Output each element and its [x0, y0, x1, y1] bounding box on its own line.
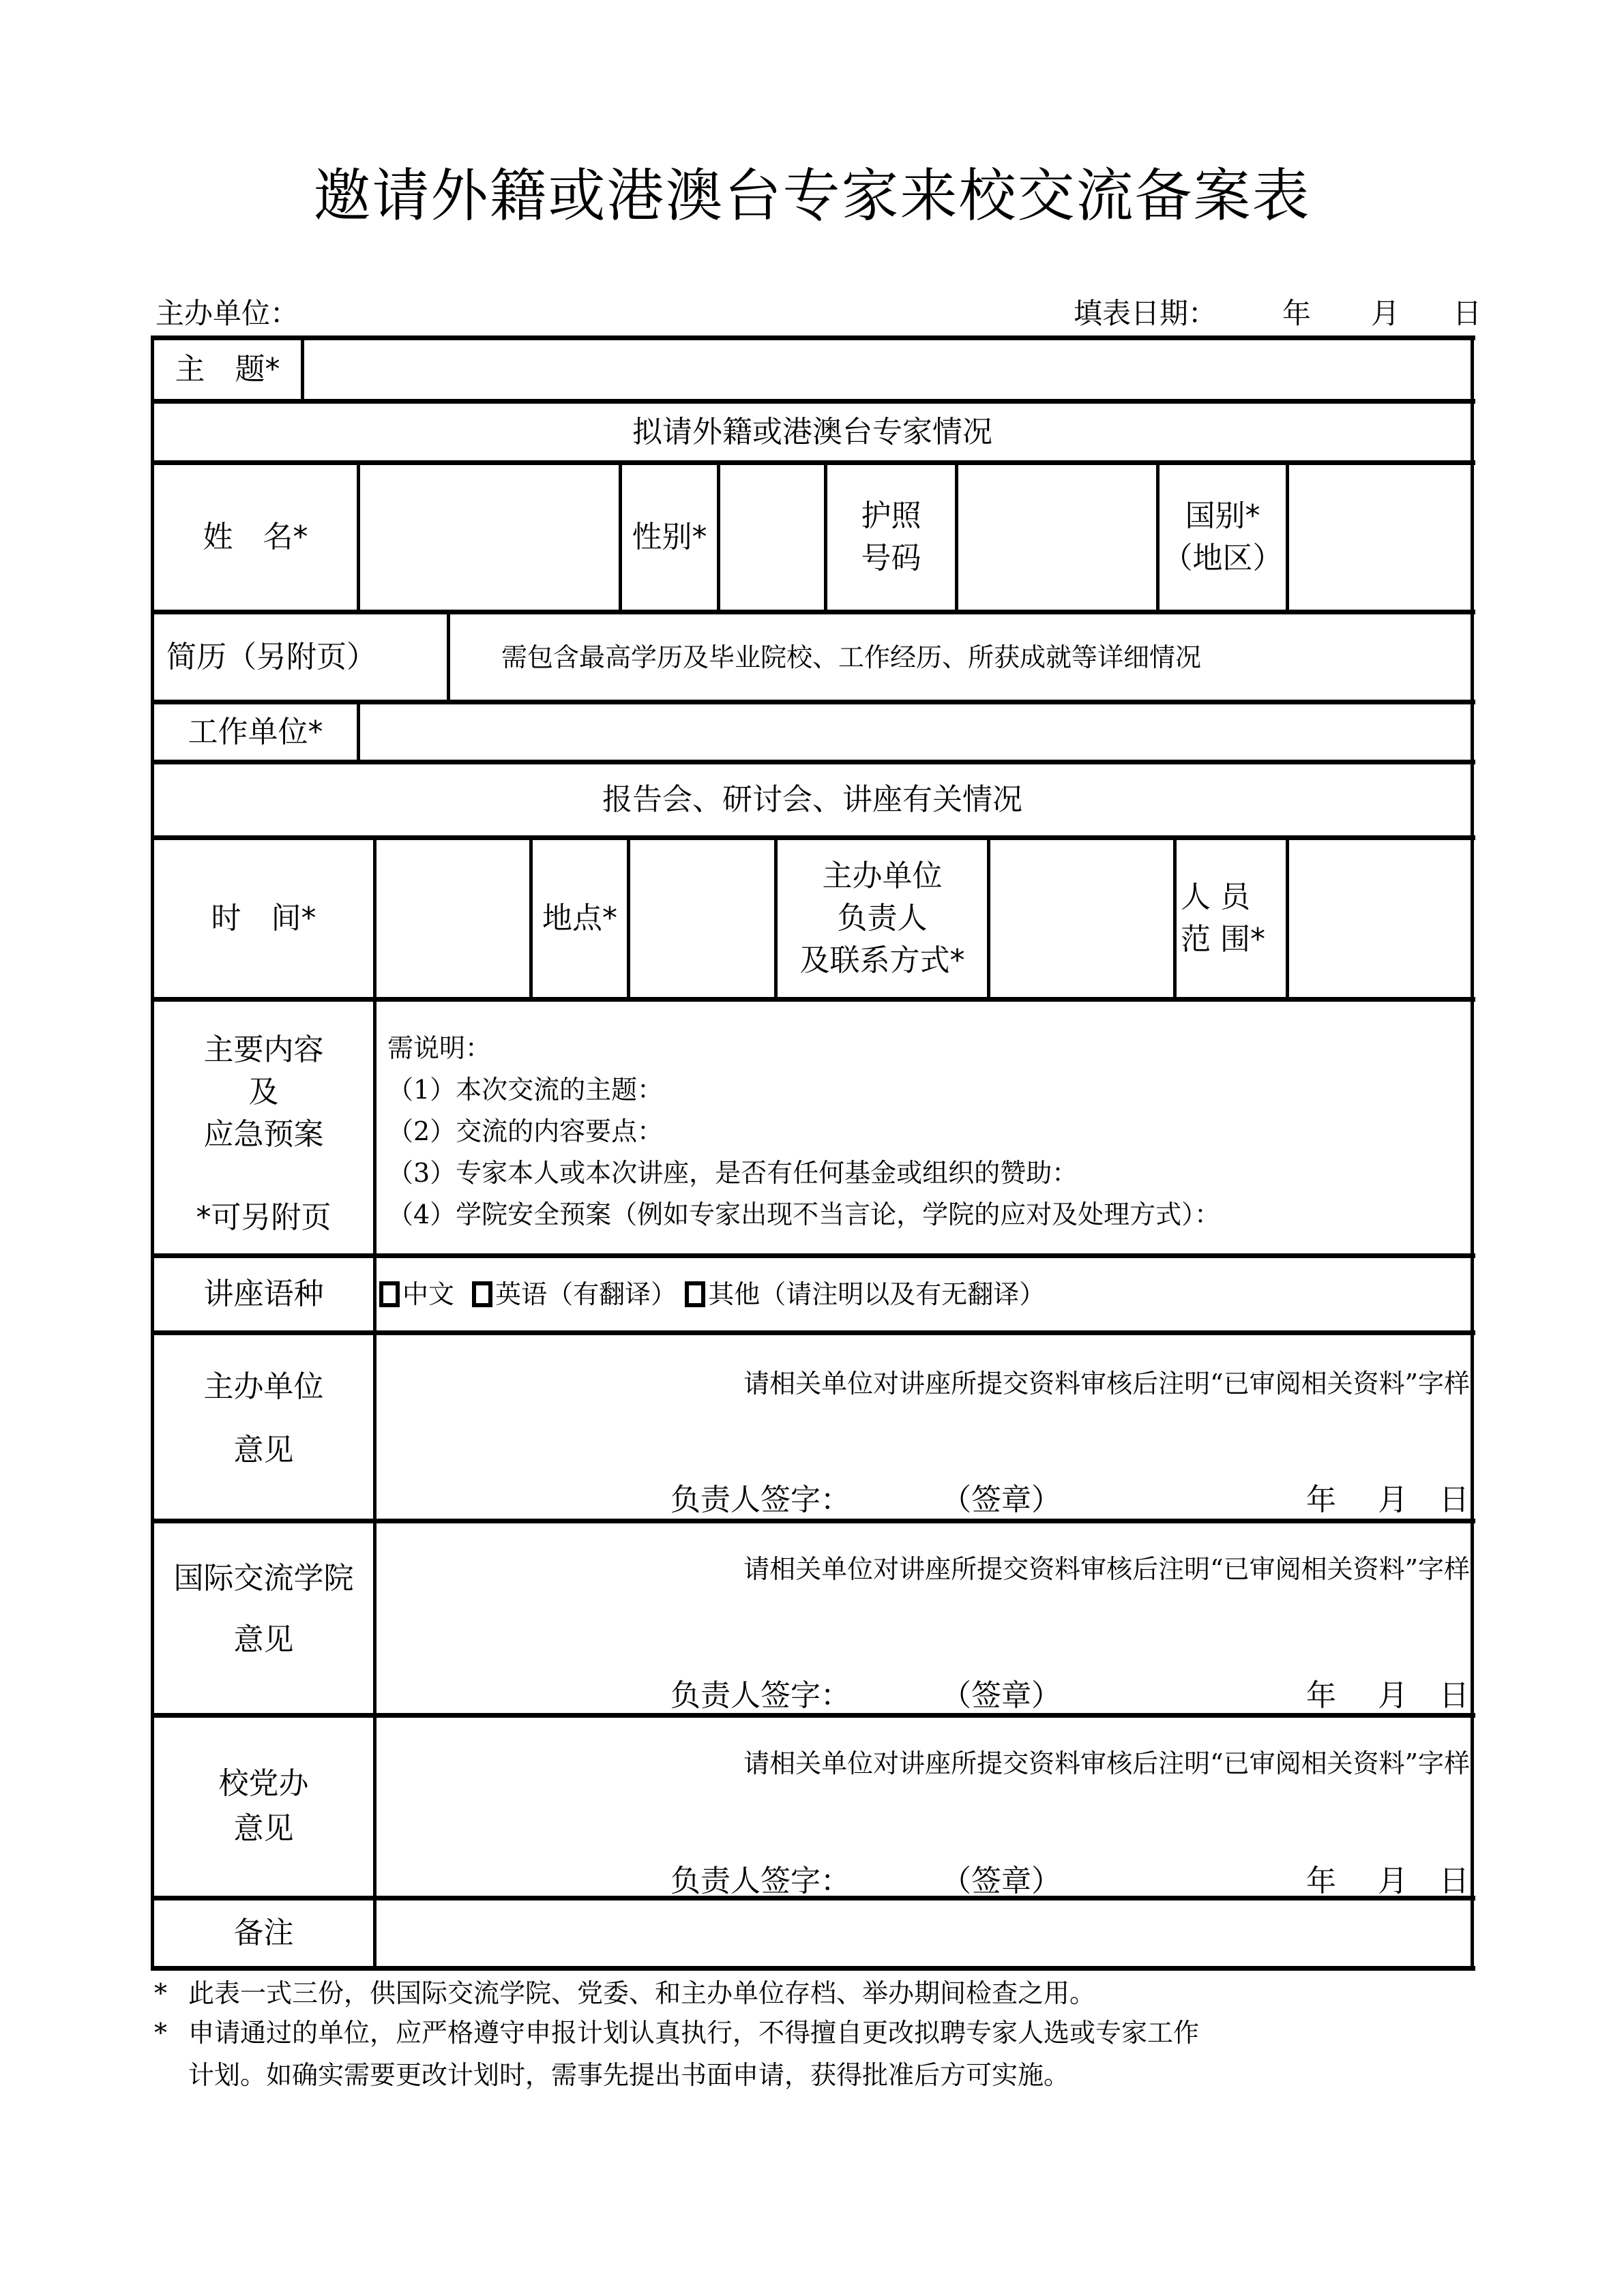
audience-field[interactable] [1289, 840, 1471, 997]
opinion-label-organizer: 主办单位 意见 [154, 1335, 373, 1519]
passport-label-line2: 号码 [861, 537, 921, 580]
opinion-prompt: 请相关单位对讲座所提交资料审核后注明“已审阅相关资料”字样 [743, 1742, 1470, 1780]
name-field[interactable] [360, 465, 619, 610]
checkbox-icon[interactable] [685, 1281, 705, 1307]
fill-date-month: 月 [1371, 293, 1400, 334]
content-label-line1: 主要内容 [154, 1029, 373, 1071]
employer-label: 工作单位* [154, 704, 357, 760]
contact-label-line2: 负责人 [838, 897, 928, 940]
nationality-label: 国别* （地区） [1160, 465, 1286, 610]
footnote-continuation: 计划。如确实需要更改计划时，需事先提出书面申请，获得批准后方可实施。 [188, 2055, 1069, 2095]
name-label: 姓 名* [154, 465, 357, 610]
language-label: 讲座语种 [154, 1258, 373, 1330]
location-field[interactable] [630, 840, 774, 997]
contact-field[interactable] [990, 840, 1173, 997]
opinion-label-line1: 国际交流学院 [154, 1557, 373, 1600]
nationality-label-line2: （地区） [1163, 537, 1283, 580]
passport-label: 护照 号码 [827, 465, 955, 610]
content-field[interactable]: 需说明： （1）本次交流的主题： （2）交流的内容要点： （3）专家本人或本次讲… [387, 1028, 1465, 1236]
signature-label: 负责人签字： [670, 1475, 851, 1519]
opinion-label-party-office: 校党办 意见 [154, 1718, 373, 1896]
opinion-label-line2: 意见 [154, 1429, 373, 1472]
event-section-title: 报告会、研讨会、讲座有关情况 [154, 764, 1471, 835]
sign-month: 月 [1378, 1856, 1408, 1900]
nationality-label-line1: 国别* [1185, 495, 1260, 537]
passport-label-line1: 护照 [861, 495, 921, 537]
gender-label: 性别* [622, 465, 717, 610]
checkbox-icon[interactable] [379, 1281, 400, 1307]
asterisk-icon: * [154, 2013, 188, 2053]
sign-month: 月 [1378, 1475, 1408, 1519]
remarks-field[interactable] [377, 1900, 1471, 1966]
sign-day: 日 [1439, 1856, 1469, 1900]
checkbox-icon[interactable] [472, 1281, 492, 1307]
content-label-line3: 应急预案 [154, 1114, 373, 1156]
time-label: 时 间* [154, 840, 373, 997]
sign-year: 年 [1306, 1671, 1336, 1714]
topic-field[interactable] [304, 340, 1471, 399]
contact-label-line3: 及联系方式* [800, 940, 965, 982]
seal-label: （签章） [941, 1475, 1061, 1519]
opinion-label-line1: 校党办 [154, 1763, 373, 1805]
expert-section-title: 拟请外籍或港澳台专家情况 [154, 404, 1471, 460]
content-hint: （4）学院安全预案（例如专家出现不当言论，学院的应对及处理方式）： [387, 1194, 1465, 1236]
sign-day: 日 [1439, 1475, 1469, 1519]
content-label-line4: *可另附页 [154, 1197, 373, 1239]
fill-date-day: 日 [1453, 293, 1481, 334]
language-options: 中文 英语（有翻译） 其他（请注明以及有无翻译） [379, 1274, 1045, 1315]
asterisk-icon: * [154, 1973, 188, 2013]
gender-field[interactable] [720, 465, 824, 610]
language-option-chinese[interactable]: 中文 [379, 1279, 454, 1309]
page-title: 邀请外籍或港澳台专家来校交流备案表 [0, 158, 1624, 233]
sign-year: 年 [1306, 1856, 1336, 1900]
footnote: *此表一式三份，供国际交流学院、党委、和主办单位存档、举办期间检查之用。 [154, 1973, 1095, 2013]
audience-label-line1: 人 员 [1181, 876, 1250, 919]
contact-label-line1: 主办单位 [823, 855, 943, 897]
seal-label: （签章） [941, 1856, 1061, 1900]
footnote: *申请通过的单位，应严格遵守申报计划认真执行，不得擅自更改拟聘专家人选或专家工作 [154, 2013, 1199, 2053]
audience-label: 人 员 范 围* [1177, 840, 1286, 997]
contact-label: 主办单位 负责人 及联系方式* [778, 840, 987, 997]
opinion-label-line1: 主办单位 [154, 1366, 373, 1408]
time-field[interactable] [377, 840, 529, 997]
content-hint: （1）本次交流的主题： [387, 1069, 1465, 1111]
opinion-label-line2: 意见 [154, 1619, 373, 1661]
sign-month: 月 [1378, 1671, 1408, 1714]
remarks-label: 备注 [154, 1900, 373, 1966]
resume-label: 简历（另附页） [166, 614, 447, 700]
location-label: 地点* [533, 840, 627, 997]
opinion-label-line2: 意见 [154, 1808, 373, 1850]
seal-label: （签章） [941, 1671, 1061, 1714]
content-label-line2: 及 [154, 1071, 373, 1114]
audience-label-line2: 范 围* [1181, 919, 1265, 961]
content-hint: （2）交流的内容要点： [387, 1111, 1465, 1152]
opinion-prompt: 请相关单位对讲座所提交资料审核后注明“已审阅相关资料”字样 [743, 1548, 1470, 1585]
language-option-english[interactable]: 英语（有翻译） [472, 1279, 677, 1309]
fill-date-year: 年 [1282, 293, 1311, 334]
opinion-prompt: 请相关单位对讲座所提交资料审核后注明“已审阅相关资料”字样 [743, 1362, 1470, 1400]
nationality-field[interactable] [1289, 465, 1471, 610]
content-hint: 需说明： [387, 1028, 1465, 1069]
fill-date-label: 填表日期： [1074, 293, 1217, 334]
employer-field[interactable] [360, 704, 1471, 760]
topic-label: 主 题* [154, 340, 301, 399]
passport-field[interactable] [958, 465, 1156, 610]
signature-label: 负责人签字： [670, 1671, 851, 1714]
opinion-label-international: 国际交流学院 意见 [154, 1523, 373, 1713]
signature-label: 负责人签字： [670, 1856, 851, 1900]
language-option-other[interactable]: 其他（请注明以及有无翻译） [685, 1279, 1045, 1309]
content-label: 主要内容 及 应急预案 *可另附页 [154, 1002, 373, 1253]
sign-day: 日 [1439, 1671, 1469, 1714]
sign-year: 年 [1306, 1475, 1336, 1519]
resume-field[interactable]: 需包含最高学历及毕业院校、工作经历、所获成就等详细情况 [501, 614, 1471, 700]
organizer-label: 主办单位： [156, 293, 299, 334]
content-hint: （3）专家本人或本次讲座，是否有任何基金或组织的赞助： [387, 1152, 1465, 1194]
